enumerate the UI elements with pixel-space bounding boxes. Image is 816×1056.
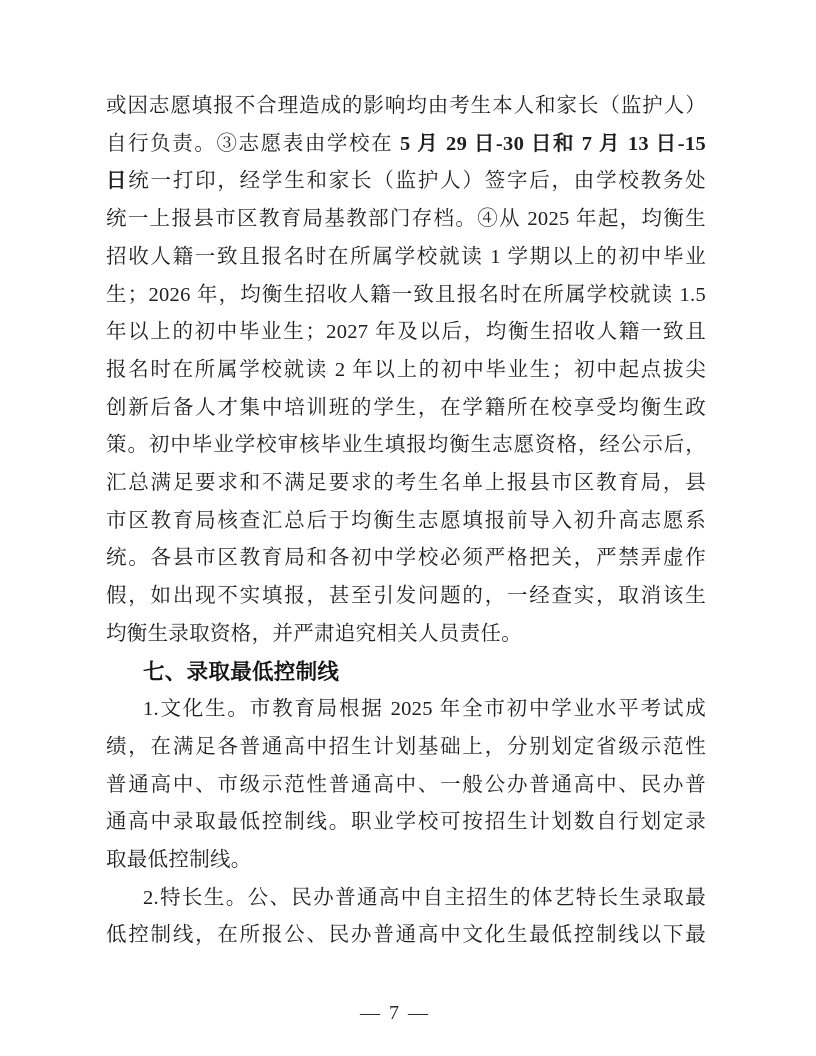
text-line: 招收人籍一致且报名时在所属学校就读 1 学期以上的初中毕业 — [106, 239, 706, 277]
text-line: 统。各县市区教育局和各初中学校必须严格把关，严禁弄虚作 — [106, 540, 706, 578]
text-segment: 绩，在满足各普通高中招生计划基础上，分别划定省级示范性 — [106, 736, 706, 758]
text-line: 统一上报县市区教育局基教部门存档。④从 2025 年起，均衡生 — [106, 201, 706, 239]
bold-text-segment: 5 月 29 日-30 日和 7 月 13 日-15 — [400, 133, 706, 155]
text-line: 绩，在满足各普通高中招生计划基础上，分别划定省级示范性 — [106, 729, 706, 767]
text-segment: 报名时在所属学校就读 2 年以上的初中毕业生；初中起点拔尖 — [106, 359, 706, 381]
text-segment: 市区教育局核查汇总后于均衡生志愿填报前导入初升高志愿系 — [106, 510, 706, 532]
text-segment: 创新后备人才集中培训班的学生，在学籍所在校享受均衡生政 — [106, 397, 706, 419]
text-segment: 招收人籍一致且报名时在所属学校就读 1 学期以上的初中毕业 — [106, 246, 706, 268]
text-segment: 低控制线，在所报公、民办普通高中文化生最低控制线以下最 — [106, 924, 706, 946]
text-segment: 通高中录取最低控制线。职业学校可按招生计划数自行划定录 — [106, 811, 706, 833]
text-segment: 均衡生录取资格，并严肃追究相关人员责任。 — [106, 623, 522, 645]
text-line: 假，如出现不实填报，甚至引发问题的，一经查实，取消该生 — [106, 578, 706, 616]
text-line: 普通高中、市级示范性普通高中、一般公办普通高中、民办普 — [106, 767, 706, 805]
text-segment: 统。各县市区教育局和各初中学校必须严格把关，严禁弄虚作 — [106, 547, 706, 569]
text-line: 日统一打印，经学生和家长（监护人）签字后，由学校教务处 — [106, 163, 706, 201]
text-segment: 取最低控制线。 — [106, 849, 252, 871]
text-segment: 统一上报县市区教育局基教部门存档。④从 2025 年起，均衡生 — [106, 208, 706, 230]
text-segment: 汇总满足要求和不满足要求的考生名单上报县市区教育局，县 — [106, 472, 706, 494]
text-segment: 2.特长生。公、民办普通高中自主招生的体艺特长生录取最 — [143, 887, 706, 909]
text-segment: 假，如出现不实填报，甚至引发问题的，一经查实，取消该生 — [106, 585, 706, 607]
text-line: 创新后备人才集中培训班的学生，在学籍所在校享受均衡生政 — [106, 390, 706, 428]
text-segment: 年以上的初中毕业生；2027 年及以后，均衡生招收人籍一致且 — [106, 321, 706, 343]
bold-text-segment: 七、录取最低控制线 — [143, 660, 339, 684]
text-segment: 自行负责。③志愿表由学校在 — [106, 133, 400, 155]
text-line: 均衡生录取资格，并严肃追究相关人员责任。 — [106, 616, 706, 654]
text-segment: 或因志愿填报不合理造成的影响均由考生本人和家长（监护人） — [106, 95, 706, 117]
text-line: 或因志愿填报不合理造成的影响均由考生本人和家长（监护人） — [106, 88, 706, 126]
text-line: 取最低控制线。 — [106, 842, 706, 880]
text-line: 2.特长生。公、民办普通高中自主招生的体艺特长生录取最 — [106, 880, 706, 918]
text-segment: 普通高中、市级示范性普通高中、一般公办普通高中、民办普 — [106, 774, 706, 796]
bold-text-segment: 日 — [106, 170, 128, 192]
document-body: 或因志愿填报不合理造成的影响均由考生本人和家长（监护人）自行负责。③志愿表由学校… — [106, 88, 706, 955]
text-line: 生；2026 年，均衡生招收人籍一致且报名时在所属学校就读 1.5 — [106, 277, 706, 315]
text-line: 报名时在所属学校就读 2 年以上的初中毕业生；初中起点拔尖 — [106, 352, 706, 390]
text-line: 低控制线，在所报公、民办普通高中文化生最低控制线以下最 — [106, 917, 706, 955]
text-segment: 统一打印，经学生和家长（监护人）签字后，由学校教务处 — [128, 170, 706, 192]
text-line: 自行负责。③志愿表由学校在 5 月 29 日-30 日和 7 月 13 日-15 — [106, 126, 706, 164]
text-line: 1.文化生。市教育局根据 2025 年全市初中学业水平考试成 — [106, 691, 706, 729]
text-line: 通高中录取最低控制线。职业学校可按招生计划数自行划定录 — [106, 804, 706, 842]
text-line: 策。初中毕业学校审核毕业生填报均衡生志愿资格，经公示后， — [106, 427, 706, 465]
text-segment: 1.文化生。市教育局根据 2025 年全市初中学业水平考试成 — [143, 698, 706, 720]
text-line: 市区教育局核查汇总后于均衡生志愿填报前导入初升高志愿系 — [106, 503, 706, 541]
text-segment: 策。初中毕业学校审核毕业生填报均衡生志愿资格，经公示后， — [106, 434, 706, 456]
document-page: 或因志愿填报不合理造成的影响均由考生本人和家长（监护人）自行负责。③志愿表由学校… — [0, 0, 816, 1056]
text-segment: 生；2026 年，均衡生招收人籍一致且报名时在所属学校就读 1.5 — [106, 284, 706, 306]
page-number: — 7 — — [360, 1002, 430, 1024]
text-line: 汇总满足要求和不满足要求的考生名单上报县市区教育局，县 — [106, 465, 706, 503]
section-heading: 七、录取最低控制线 — [106, 654, 706, 692]
page-footer: — 7 — — [0, 1002, 790, 1025]
text-line: 年以上的初中毕业生；2027 年及以后，均衡生招收人籍一致且 — [106, 314, 706, 352]
